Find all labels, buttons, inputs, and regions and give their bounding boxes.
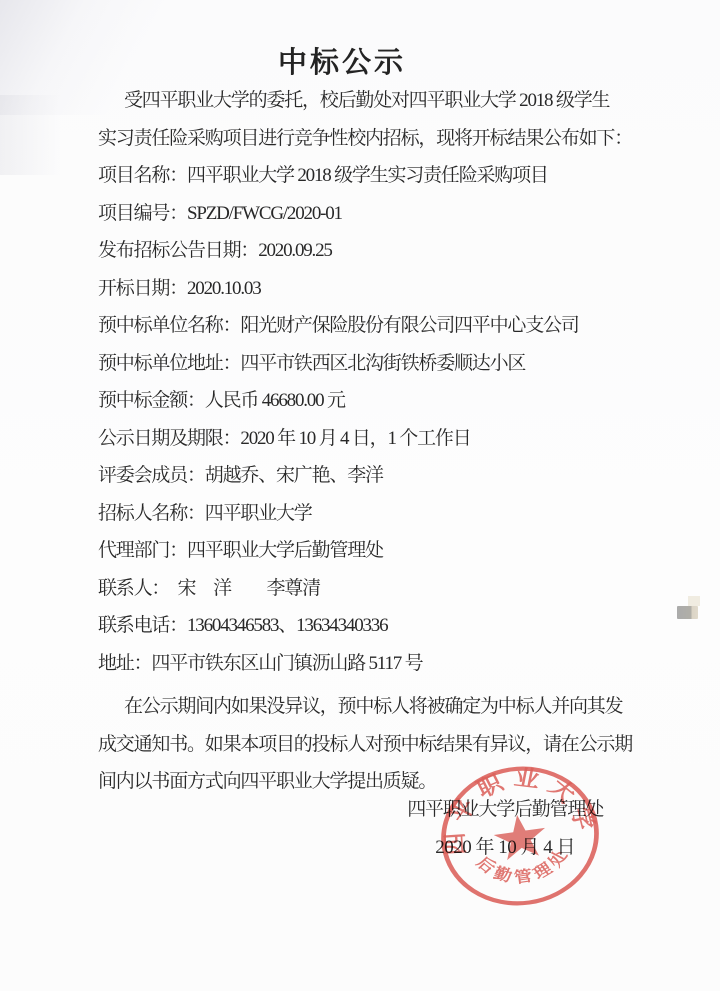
- field-contact-phone: 联系电话：13604346583、13634340336: [98, 607, 622, 645]
- field-tenderer-name: 招标人名称：四平职业大学: [98, 495, 622, 533]
- field-address: 地址：四平市铁东区山门镇沥山路 5117 号: [98, 645, 622, 683]
- field-contact-person: 联系人： 宋 洋 李尊清: [98, 570, 622, 608]
- field-project-number: 项目编号：SPZD/FWCG/2020-01: [98, 195, 622, 233]
- field-publicity-period: 公示日期及期限：2020 年 10 月 4 日，1 个工作日: [98, 420, 622, 458]
- document-body: 中标公示 受四平职业大学的委托，校后勤处对四平职业大学 2018 级学生 实习责…: [0, 0, 720, 868]
- scan-smudge: [677, 606, 698, 619]
- field-committee-members: 评委会成员：胡越乔、宋广艳、李洋: [98, 457, 622, 495]
- field-project-name: 项目名称：四平职业大学 2018 级学生实习责任险采购项目: [98, 157, 622, 195]
- scan-smudge-light: [688, 596, 700, 606]
- intro-line: 受四平职业大学的委托，校后勤处对四平职业大学 2018 级学生: [98, 82, 622, 120]
- scanned-document-page: 中标公示 受四平职业大学的委托，校后勤处对四平职业大学 2018 级学生 实习责…: [0, 0, 720, 991]
- field-agent-department: 代理部门：四平职业大学后勤管理处: [98, 532, 622, 570]
- signature-department: 四平职业大学后勤管理处: [407, 792, 603, 828]
- intro-line: 实习责任险采购项目进行竞争性校内招标，现将开标结果公布如下：: [98, 120, 622, 158]
- field-bid-amount: 预中标金额：人民币 46680.00 元: [98, 382, 622, 420]
- intro-paragraph: 受四平职业大学的委托，校后勤处对四平职业大学 2018 级学生 实习责任险采购项…: [98, 82, 622, 157]
- signature-date: 2020 年 10 月 4 日: [407, 828, 603, 868]
- closing-line: 在公示期间内如果没异议，预中标人将被确定为中标人并向其发: [98, 688, 622, 726]
- field-winner-address: 预中标单位地址：四平市铁西区北沟街铁桥委顺达小区: [98, 345, 622, 383]
- field-winner-name: 预中标单位名称：阳光财产保险股份有限公司四平中心支公司: [98, 307, 622, 345]
- document-title: 中标公示: [80, 44, 604, 82]
- closing-paragraph: 在公示期间内如果没异议，预中标人将被确定为中标人并向其发 成交通知书。如果本项目…: [98, 688, 622, 801]
- field-bid-opening-date: 开标日期：2020.10.03: [98, 270, 622, 308]
- signature-block: 四平职业大学后勤管理处 2020 年 10 月 4 日: [407, 792, 603, 868]
- field-announcement-date: 发布招标公告日期：2020.09.25: [98, 232, 622, 270]
- closing-line: 成交通知书。如果本项目的投标人对预中标结果有异议，请在公示期: [98, 726, 622, 764]
- fields-section: 项目名称：四平职业大学 2018 级学生实习责任险采购项目 项目编号：SPZD/…: [98, 157, 622, 682]
